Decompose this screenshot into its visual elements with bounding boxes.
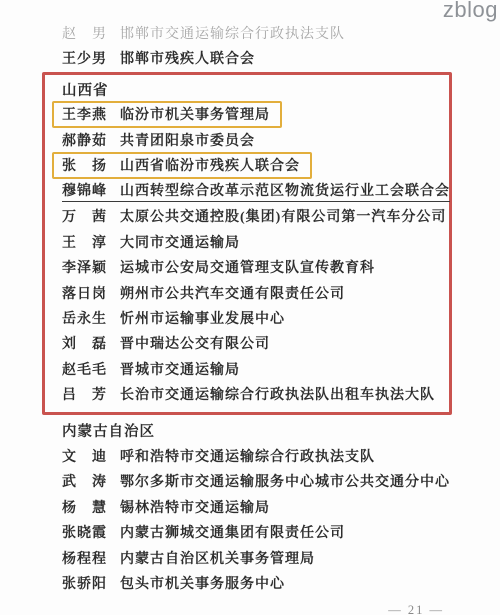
entry-name: 杨 慧 bbox=[62, 497, 108, 517]
entry-row: 赵毛毛晋城市交通运输局 bbox=[45, 356, 449, 381]
entry-organization: 太原公共交通控股(集团)有限公司第一汽车分公司 bbox=[120, 206, 446, 226]
entry-organization: 山西省临汾市残疾人联合会 bbox=[120, 155, 300, 175]
entry-organization: 晋城市交通运输局 bbox=[120, 359, 240, 379]
entry-row: 武 涛鄂尔多斯市交通运输服务中心城市公共交通分中心 bbox=[0, 469, 500, 494]
page-number: — 21 — bbox=[0, 603, 500, 615]
entry: 李泽颖运城市公安局交通管理支队宣传教育科 bbox=[62, 257, 375, 277]
entry: 武 涛鄂尔多斯市交通运输服务中心城市公共交通分中心 bbox=[62, 471, 450, 491]
entry-name: 王李燕 bbox=[62, 104, 108, 124]
entry-name: 杨程程 bbox=[62, 548, 108, 568]
entry-row: 岳永生忻州市运输事业发展中心 bbox=[45, 305, 449, 330]
entry: 岳永生忻州市运输事业发展中心 bbox=[62, 308, 285, 328]
entry-organization: 包头市机关事务服务中心 bbox=[120, 573, 285, 593]
underlined-entry: 穆锦峰山西转型综合改革示范区物流货运行业工会联合会 bbox=[62, 180, 450, 202]
entry-name: 文 迪 bbox=[62, 446, 108, 466]
entry-name: 张晓霞 bbox=[62, 522, 108, 542]
entry-name: 赵毛毛 bbox=[62, 359, 108, 379]
zblog-watermark: zblog bbox=[443, 0, 498, 23]
section-title: 内蒙古自治区 bbox=[0, 418, 500, 443]
red-highlight-box: 山西省王李燕临汾市机关事务管理局郝静茹共青团阳泉市委员会张 扬山西省临汾市残疾人… bbox=[42, 72, 452, 415]
entry-organization: 鄂尔多斯市交通运输服务中心城市公共交通分中心 bbox=[120, 471, 450, 491]
entry-organization: 内蒙古狮城交通集团有限责任公司 bbox=[120, 522, 345, 542]
entry-organization: 朔州市公共汽车交通有限责任公司 bbox=[120, 283, 345, 303]
entry-row: 郝静茹共青团阳泉市委员会 bbox=[45, 128, 449, 153]
entry: 王 淳大同市交通运输局 bbox=[62, 232, 240, 252]
entry-row: 王李燕临汾市机关事务管理局 bbox=[45, 102, 449, 127]
entry-row: 杨 慧锡林浩特市交通运输局 bbox=[0, 494, 500, 519]
entry: 吕 芳长治市交通运输综合行政执法队出租车执法大队 bbox=[62, 384, 435, 404]
entry-organization: 呼和浩特市交通运输综合行政执法支队 bbox=[120, 446, 375, 466]
entry-row: 穆锦峰山西转型综合改革示范区物流货运行业工会联合会 bbox=[45, 178, 449, 203]
entry-name: 武 涛 bbox=[62, 471, 108, 491]
entry: 刘 磊晋中瑞达公交有限公司 bbox=[62, 333, 270, 353]
entry-name: 王 淳 bbox=[62, 232, 108, 252]
entry-name: 刘 磊 bbox=[62, 333, 108, 353]
entry-row: 文 迪呼和浩特市交通运输综合行政执法支队 bbox=[0, 443, 500, 468]
entry-organization: 锡林浩特市交通运输局 bbox=[120, 497, 270, 517]
entry: 郝静茹共青团阳泉市委员会 bbox=[62, 130, 255, 150]
entry: 文 迪呼和浩特市交通运输综合行政执法支队 bbox=[62, 446, 375, 466]
award-sections: 山西省王李燕临汾市机关事务管理局郝静茹共青团阳泉市委员会张 扬山西省临汾市残疾人… bbox=[0, 72, 500, 596]
document-page: zblog 赵 男邯郸市交通运输综合行政执法支队王少男邯郸市残疾人联合会 山西省… bbox=[0, 0, 500, 615]
entry-organization: 临汾市机关事务管理局 bbox=[120, 104, 270, 124]
entry-row: 落日岗朔州市公共汽车交通有限责任公司 bbox=[45, 280, 449, 305]
entry: 张骄阳包头市机关事务服务中心 bbox=[62, 573, 285, 593]
entry: 赵 男邯郸市交通运输综合行政执法支队 bbox=[62, 23, 345, 43]
entry-organization: 共青团阳泉市委员会 bbox=[120, 130, 255, 150]
entry: 万 茜太原公共交通控股(集团)有限公司第一汽车分公司 bbox=[62, 206, 446, 226]
entry-row: 张 扬山西省临汾市残疾人联合会 bbox=[45, 153, 449, 178]
entry-name: 王少男 bbox=[62, 48, 108, 68]
entry-row: 万 茜太原公共交通控股(集团)有限公司第一汽车分公司 bbox=[45, 204, 449, 229]
entry-name: 张 扬 bbox=[62, 155, 108, 175]
entry-name: 落日岗 bbox=[62, 283, 108, 303]
section: 内蒙古自治区文 迪呼和浩特市交通运输综合行政执法支队武 涛鄂尔多斯市交通运输服务… bbox=[0, 418, 500, 596]
entry-name: 李泽颖 bbox=[62, 257, 108, 277]
intro-entries: 赵 男邯郸市交通运输综合行政执法支队王少男邯郸市残疾人联合会 bbox=[0, 20, 500, 71]
entry-row: 刘 磊晋中瑞达公交有限公司 bbox=[45, 331, 449, 356]
entry: 赵毛毛晋城市交通运输局 bbox=[62, 359, 240, 379]
highlighted-entry: 张 扬山西省临汾市残疾人联合会 bbox=[52, 152, 312, 179]
entry-row: 赵 男邯郸市交通运输综合行政执法支队 bbox=[0, 20, 500, 45]
entry-organization: 山西转型综合改革示范区物流货运行业工会联合会 bbox=[120, 180, 450, 200]
highlighted-entry: 王李燕临汾市机关事务管理局 bbox=[52, 101, 282, 128]
entry-name: 吕 芳 bbox=[62, 384, 108, 404]
entry: 王少男邯郸市残疾人联合会 bbox=[62, 48, 255, 68]
entry-name: 赵 男 bbox=[62, 23, 108, 43]
entry-name: 穆锦峰 bbox=[62, 180, 108, 200]
entry: 张晓霞内蒙古狮城交通集团有限责任公司 bbox=[62, 522, 345, 542]
entry-organization: 邯郸市残疾人联合会 bbox=[120, 48, 255, 68]
entry-name: 万 茜 bbox=[62, 206, 108, 226]
entry: 落日岗朔州市公共汽车交通有限责任公司 bbox=[62, 283, 345, 303]
entry-row: 张骄阳包头市机关事务服务中心 bbox=[0, 570, 500, 595]
entry-row: 杨程程内蒙古自治区机关事务管理局 bbox=[0, 545, 500, 570]
entry-name: 张骄阳 bbox=[62, 573, 108, 593]
entry-row: 张晓霞内蒙古狮城交通集团有限责任公司 bbox=[0, 519, 500, 544]
entry-organization: 晋中瑞达公交有限公司 bbox=[120, 333, 270, 353]
entry-name: 郝静茹 bbox=[62, 130, 108, 150]
entry-organization: 内蒙古自治区机关事务管理局 bbox=[120, 548, 315, 568]
entry-organization: 运城市公安局交通管理支队宣传教育科 bbox=[120, 257, 375, 277]
entry-organization: 忻州市运输事业发展中心 bbox=[120, 308, 285, 328]
entry: 杨 慧锡林浩特市交通运输局 bbox=[62, 497, 270, 517]
entry-organization: 长治市交通运输综合行政执法队出租车执法大队 bbox=[120, 384, 435, 404]
entry-row: 李泽颖运城市公安局交通管理支队宣传教育科 bbox=[45, 255, 449, 280]
entry-row: 王 淳大同市交通运输局 bbox=[45, 229, 449, 254]
section-title: 山西省 bbox=[45, 77, 449, 102]
entry: 杨程程内蒙古自治区机关事务管理局 bbox=[62, 548, 315, 568]
entry-name: 岳永生 bbox=[62, 308, 108, 328]
entry-organization: 邯郸市交通运输综合行政执法支队 bbox=[120, 23, 345, 43]
entry-organization: 大同市交通运输局 bbox=[120, 232, 240, 252]
entry-row: 王少男邯郸市残疾人联合会 bbox=[0, 45, 500, 70]
entry-row: 吕 芳长治市交通运输综合行政执法队出租车执法大队 bbox=[45, 381, 449, 406]
